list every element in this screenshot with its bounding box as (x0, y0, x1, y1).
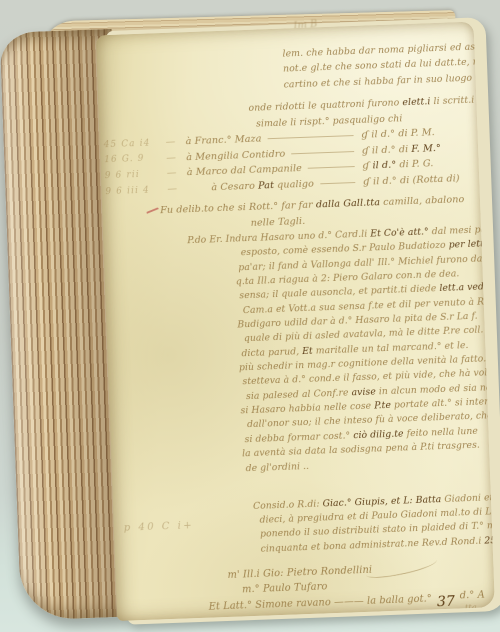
roster-name: à Cesaro Pat qualigo (211, 179, 314, 194)
dark-ink-word: Et Co'è att.° (370, 226, 429, 239)
margin-figures-note: p 40 C i+ (124, 520, 195, 534)
dark-ink-word: dalla Gall.tta (316, 197, 381, 210)
dark-ink-word: avise (351, 386, 376, 398)
roster-value: ɠ il d.° di P. G. (363, 157, 475, 172)
paragraph-main-entry: P.do Er. Indura Hasaro uno d.° Card.li E… (237, 222, 495, 476)
dark-ink-word: elett.i (402, 96, 430, 108)
manuscript-book: Im B lem. che habba dar noma pigliarsi e… (0, 1, 500, 625)
name-roster-list: 45 Ca i4 — à Franc.° Maza ɠ il d.° di P.… (103, 124, 475, 200)
roster-leader-line (291, 151, 354, 154)
roster-value: ɠ il d.° di (Rotta di) (363, 173, 475, 188)
manuscript-page: lem. che habba dar noma pigliarsi ed asc… (96, 22, 495, 621)
signature-lines: m' Ill.i Gio: Pietro Rondellinim.° Paulo… (227, 564, 373, 598)
roster-leader-line (268, 135, 354, 139)
roster-dash: — (167, 168, 187, 180)
roster-leader-line (308, 167, 355, 170)
roster-dash: — (166, 137, 186, 149)
roster-value: ɠ il d.° di F. M.° (362, 142, 474, 157)
pen-flourish (365, 554, 438, 580)
dark-ink-word: F. M.° (411, 143, 441, 155)
roster-value: ɠ il d.° di P. M. (361, 126, 473, 141)
dark-ink-word: ciò dilig.te (353, 428, 404, 441)
handwritten-text-layer: lem. che habba dar noma pigliarsi ed asc… (96, 22, 495, 621)
roster-margin-figures: 9 6 iii 4 (105, 184, 167, 196)
roster-margin-figures: 16 G. 9 (104, 153, 166, 165)
paragraph-considero: Consid.o R.di: Giac.° Giupis, et L: Batt… (259, 489, 495, 556)
manuscript-photograph: Im B lem. che habba dar noma pigliarsi e… (0, 0, 500, 632)
roster-dash: — (167, 183, 187, 195)
paragraph-opening: lem. che habba dar noma pigliarsi ed asc… (244, 36, 495, 132)
dark-ink-word: il d.° (372, 160, 396, 172)
footer-number: 37 (437, 594, 456, 611)
dark-ink-word: Pat (258, 180, 274, 192)
roster-name: à Franc.° Maza (185, 134, 261, 148)
roster-name: à Mengilia Contidro (186, 148, 286, 163)
roster-dash: — (166, 152, 186, 164)
roster-margin-figures: 45 Ca i4 (104, 138, 166, 150)
dark-ink-word: Et (302, 345, 313, 356)
roster-margin-figures: 9 6 rii (105, 169, 167, 181)
red-check-mark (146, 207, 159, 215)
footer-suffix: d.° A (460, 590, 485, 602)
roster-leader-line (320, 182, 355, 184)
dark-ink-word: P.te (374, 400, 391, 412)
